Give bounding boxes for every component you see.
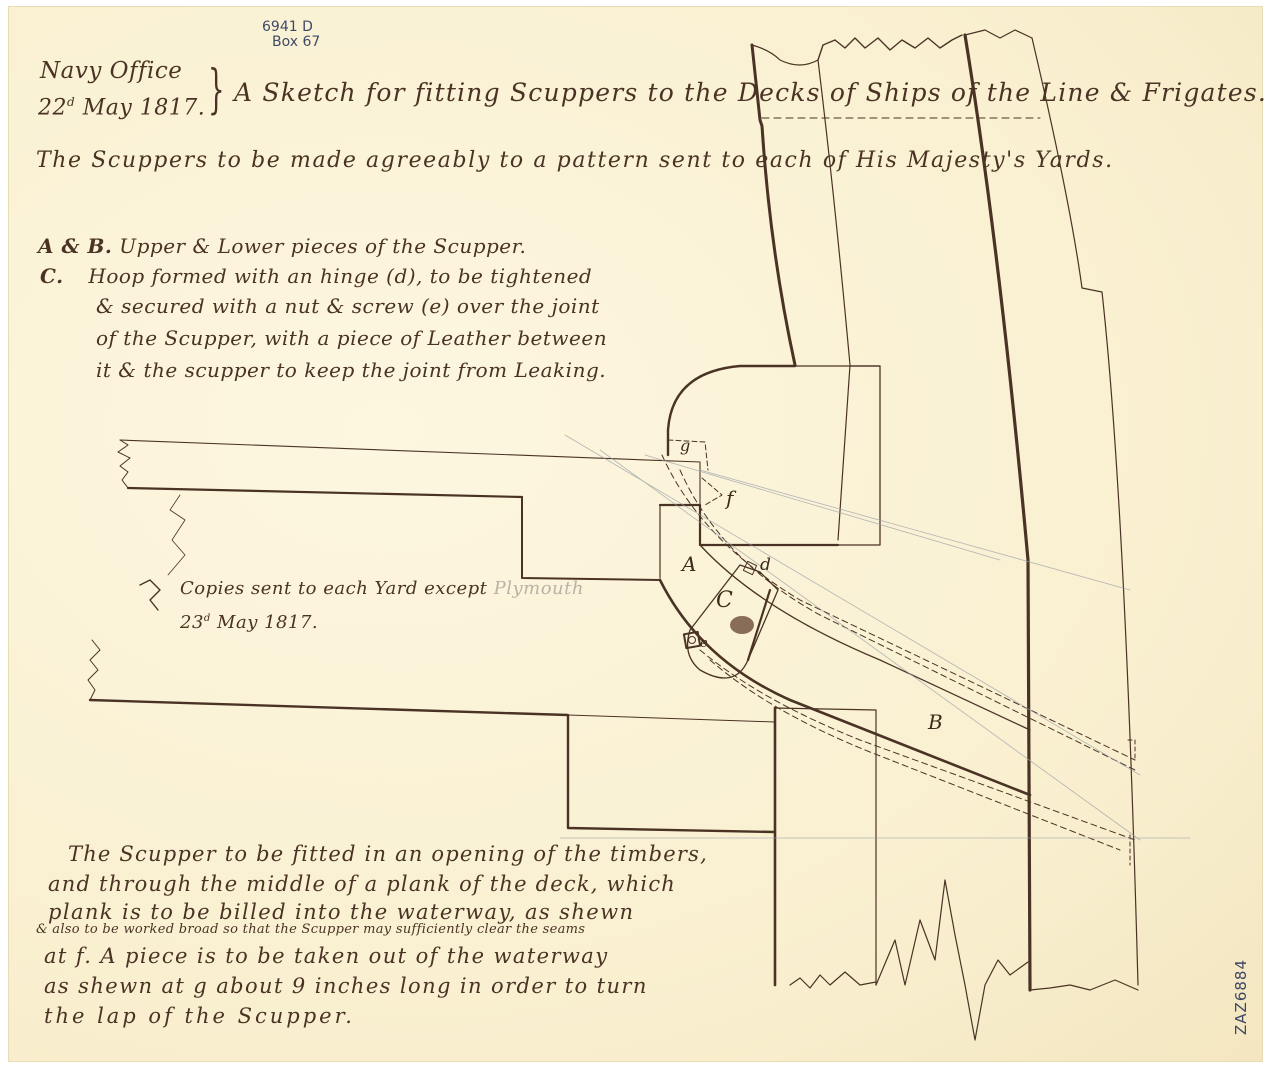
notes-line-6: the lap of the Scupper.	[44, 1004, 355, 1028]
label-a: A	[682, 552, 696, 576]
header-date-suffix: d	[67, 95, 75, 109]
header-title: A Sketch for fitting Scuppers to the Dec…	[234, 78, 1267, 107]
archive-reference-line2: Box 67	[262, 35, 320, 50]
ship-side-timbers	[752, 30, 1138, 990]
legend-text-c: Hoop formed with an hinge (d), to be tig…	[70, 264, 592, 288]
hoop-c	[684, 561, 778, 678]
legend-line-2: C. Hoop formed with an hinge (d), to be …	[40, 264, 592, 288]
broken-edges	[790, 880, 1138, 1040]
label-e: e	[700, 636, 708, 651]
legend-line-3: & secured with a nut & screw (e) over th…	[96, 294, 600, 318]
label-d: d	[760, 555, 771, 575]
copies-annotation-faint-word: Plymouth	[494, 578, 584, 599]
legend-key-ab: A & B.	[38, 234, 112, 258]
copies-date-suffix: d	[204, 613, 211, 624]
copies-annotation-line1: Copies sent to each Yard except	[180, 578, 487, 599]
archive-reference: 6941 D Box 67	[262, 20, 320, 50]
upper-deck	[118, 440, 838, 580]
header-date: 22d May 1817.	[38, 95, 205, 120]
notes-line-5: as shewn at g about 9 inches long in ord…	[44, 974, 648, 998]
header-date-rest: May 1817.	[83, 95, 206, 120]
copies-date-day: 23	[180, 612, 204, 633]
legend-text-ab: Upper & Lower pieces of the Scupper.	[119, 234, 526, 258]
label-g: g	[680, 436, 690, 455]
label-b: B	[928, 710, 943, 734]
notes-line-3: plank is to be billed into the waterway,…	[48, 900, 634, 924]
header-office: Navy Office	[40, 58, 182, 84]
copies-date-rest: May 1817.	[217, 612, 318, 633]
legend-line-1: A & B. Upper & Lower pieces of the Scupp…	[38, 234, 526, 258]
legend-line-5: it & the scupper to keep the joint from …	[96, 358, 606, 382]
header-date-day: 22	[38, 95, 67, 120]
archive-reference-line1: 6941 D	[262, 20, 320, 35]
header-brace: }	[208, 60, 225, 120]
notes-line-4: at f. A piece is to be taken out of the …	[44, 944, 608, 968]
subtitle: The Scuppers to be made agreeably to a p…	[36, 148, 1114, 173]
copies-annotation: Copies sent to each Yard except Plymouth	[180, 578, 584, 599]
notes-line-2: and through the middle of a plank of the…	[48, 872, 676, 896]
notes-line-1: The Scupper to be fitted in an opening o…	[68, 842, 708, 866]
copies-annotation-date: 23d May 1817.	[180, 612, 318, 633]
label-f: f	[726, 486, 733, 510]
catalog-number: ZAZ6884	[1232, 959, 1250, 1035]
notes-insertion: & also to be worked broad so that the Sc…	[36, 922, 585, 937]
legend-line-4: of the Scupper, with a piece of Leather …	[96, 326, 607, 350]
legend-key-c: C.	[40, 264, 64, 288]
label-c: C	[716, 588, 733, 613]
